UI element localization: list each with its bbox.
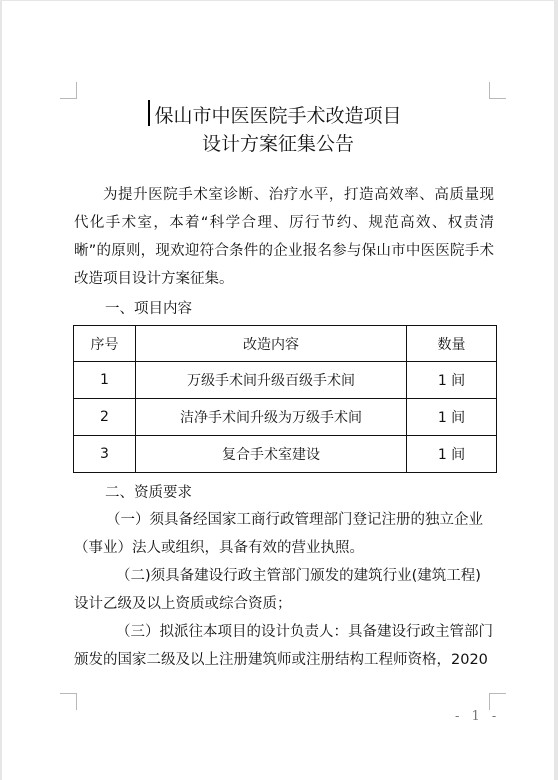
cell-content[interactable]: 洁净手术间升级为万级手术间 xyxy=(136,399,407,436)
cell-content[interactable]: 复合手术室建设 xyxy=(136,436,407,473)
requirement-2[interactable]: （二)须具备建设行政主管部门颁发的建筑行业(建筑工程)设计乙级及以上资质或综合资… xyxy=(74,562,494,618)
header-content[interactable]: 改造内容 xyxy=(136,326,407,362)
cell-quantity[interactable]: 1 间 xyxy=(407,399,497,436)
project-table: 序号 改造内容 数量 1 万级手术间升级百级手术间 1 间 2 洁净手术间升级为… xyxy=(73,325,497,473)
margin-corner-bottom-right xyxy=(489,693,506,710)
table-row: 2 洁净手术间升级为万级手术间 1 间 xyxy=(74,399,497,436)
header-seq[interactable]: 序号 xyxy=(74,326,136,362)
page-number: - 1 - xyxy=(455,709,500,724)
intro-paragraph[interactable]: 为提升医院手术室诊断、治疗水平，打造高效率、高质量现代化手术室，本着“科学合理、… xyxy=(74,181,494,293)
table-row: 3 复合手术室建设 1 间 xyxy=(74,436,497,473)
cell-quantity[interactable]: 1 间 xyxy=(407,436,497,473)
header-quantity[interactable]: 数量 xyxy=(407,326,497,362)
document-page: 保山市中医医院手术改造项目 设计方案征集公告 为提升医院手术室诊断、治疗水平，打… xyxy=(2,1,554,780)
requirement-1[interactable]: （一）须具备经国家工商行政管理部门登记注册的独立企业（事业）法人或组织，具备有效… xyxy=(74,506,494,562)
margin-corner-top-left xyxy=(60,82,77,99)
cell-seq[interactable]: 2 xyxy=(74,399,136,436)
margin-corner-bottom-left xyxy=(60,693,77,710)
cell-seq[interactable]: 3 xyxy=(74,436,136,473)
cell-quantity[interactable]: 1 间 xyxy=(407,362,497,399)
cell-content[interactable]: 万级手术间升级百级手术间 xyxy=(136,362,407,399)
table-row: 1 万级手术间升级百级手术间 1 间 xyxy=(74,362,497,399)
section-heading-project-content[interactable]: 一、项目内容 xyxy=(105,297,192,318)
requirement-3[interactable]: （三）拟派往本项目的设计负责人：具备建设行政主管部门颁发的国家二级及以上注册建筑… xyxy=(74,618,494,674)
margin-corner-top-right xyxy=(489,82,506,99)
table-header-row: 序号 改造内容 数量 xyxy=(74,326,497,362)
document-title-line2[interactable]: 设计方案征集公告 xyxy=(2,129,554,156)
document-title-line1[interactable]: 保山市中医医院手术改造项目 xyxy=(2,101,554,128)
cell-seq[interactable]: 1 xyxy=(74,362,136,399)
section-heading-qualifications[interactable]: 二、资质要求 xyxy=(105,481,192,502)
